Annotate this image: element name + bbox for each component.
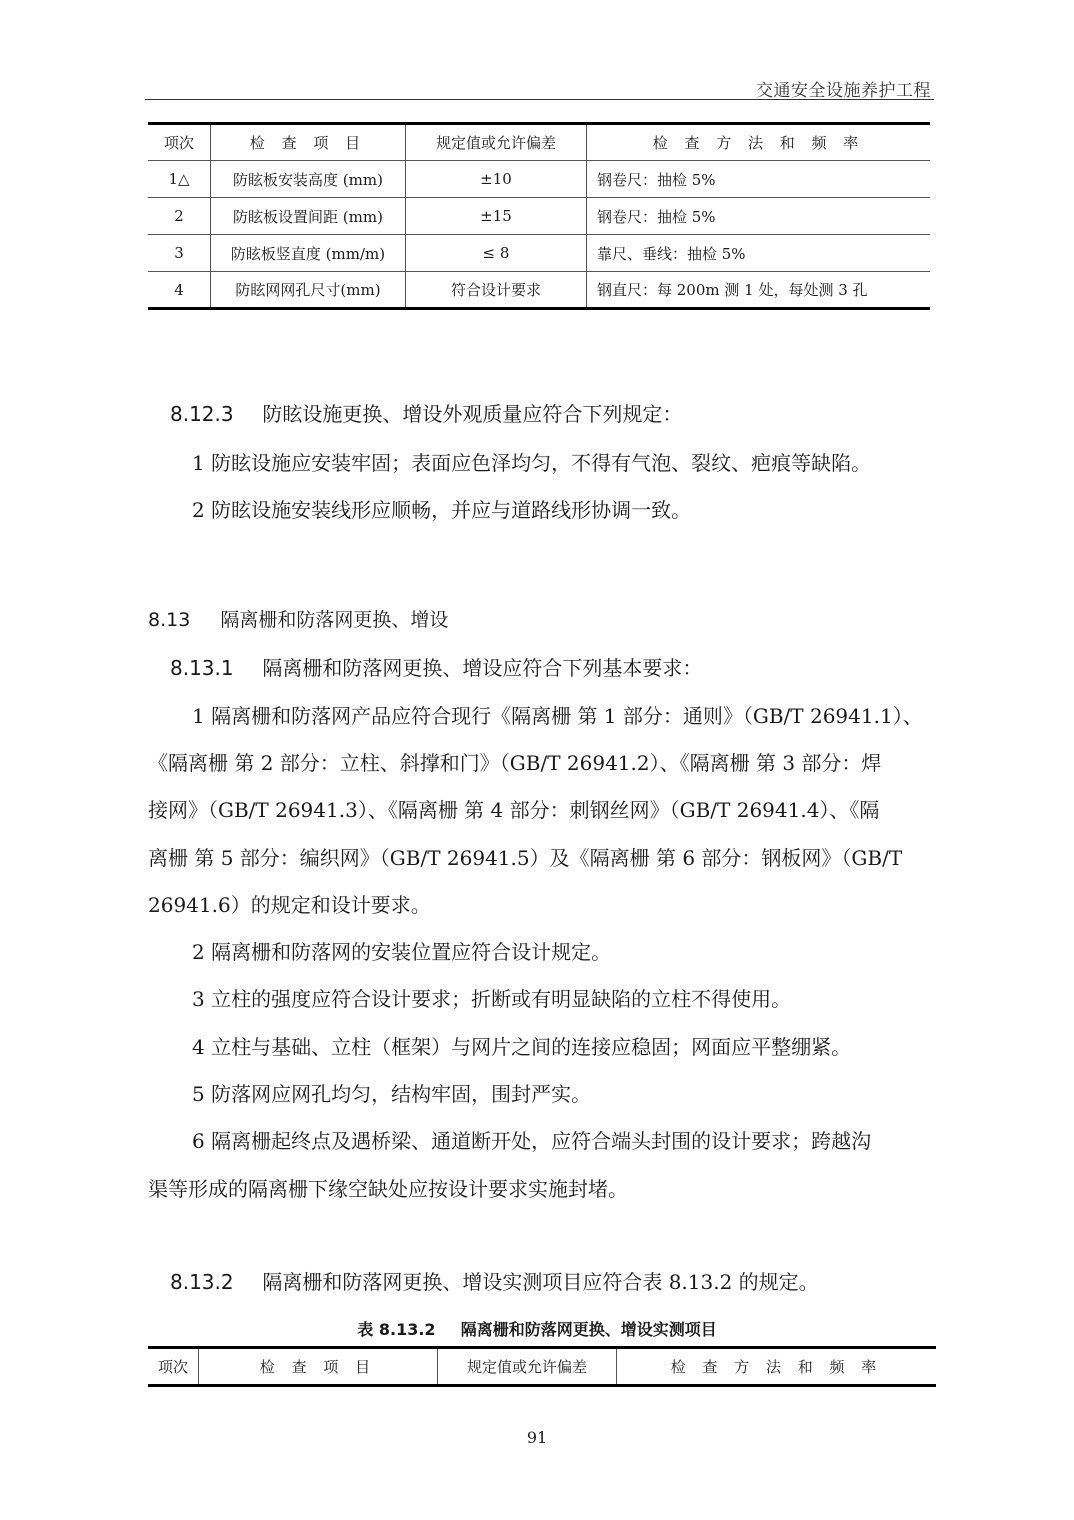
cell-tolerance: ≤ 8 <box>406 235 587 272</box>
cell-method: 钢卷尺：抽检 5% <box>587 198 931 235</box>
table-caption: 表 8.13.2 隔离栅和防落网更换、增设实测项目 <box>0 1317 1074 1340</box>
cell-item: 防眩板竖直度 (mm/m) <box>211 235 406 272</box>
clause-item: 3 立柱的强度应符合设计要求；折断或有明显缺陷的立柱不得使用。 <box>192 987 791 1011</box>
clause-item: 5 防落网应网孔均匀，结构牢固，围封严实。 <box>192 1082 591 1106</box>
clause-8-13-1: 8.13.1 隔离栅和防落网更换、增设应符合下列基本要求： <box>170 656 702 680</box>
inspection-table-8-13-2: 项次 检 查 项 目 规定值或允许偏差 检 查 方 法 和 频 率 <box>148 1346 936 1387</box>
clause-item-line: 6 隔离栅起终点及遇桥梁、通道断开处，应符合端头封围的设计要求；跨越沟 <box>192 1129 871 1153</box>
clause-item-line: 《隔离栅 第 2 部分：立柱、斜撑和门》（GB/T 26941.2）、《隔离栅 … <box>148 751 881 775</box>
cell-index: 4 <box>148 272 211 309</box>
clause-8-13-2: 8.13.2 隔离栅和防落网更换、增设实测项目应符合表 8.13.2 的规定。 <box>170 1270 819 1294</box>
clause-item-line: 26941.6）的规定和设计要求。 <box>148 893 431 917</box>
table-row: 4 防眩网网孔尺寸(mm) 符合设计要求 钢直尺：每 200m 测 1 处，每处… <box>148 272 930 309</box>
table-header-row: 项次 检 查 项 目 规定值或允许偏差 检 查 方 法 和 频 率 <box>148 124 930 161</box>
col-header-index: 项次 <box>148 124 211 161</box>
table-row: 2 防眩板设置间距 (mm) ±15 钢卷尺：抽检 5% <box>148 198 930 235</box>
table-row: 1△ 防眩板安装高度 (mm) ±10 钢卷尺：抽检 5% <box>148 161 930 198</box>
cell-method: 钢卷尺：抽检 5% <box>587 161 931 198</box>
col-header-tolerance: 规定值或允许偏差 <box>438 1348 617 1386</box>
cell-tolerance: ±15 <box>406 198 587 235</box>
section-number: 8.13 <box>148 609 190 631</box>
clause-item: 2 防眩设施安装线形应顺畅，并应与道路线形协调一致。 <box>192 498 691 522</box>
cell-tolerance: 符合设计要求 <box>406 272 587 309</box>
cell-index: 3 <box>148 235 211 272</box>
header-rule <box>145 99 934 100</box>
cell-index: 2 <box>148 198 211 235</box>
clause-number: 8.13.2 <box>170 1270 234 1294</box>
clause-item-line: 渠等形成的隔离栅下缘空缺处应按设计要求实施封堵。 <box>148 1177 628 1201</box>
table-row: 3 防眩板竖直度 (mm/m) ≤ 8 靠尺、垂线：抽检 5% <box>148 235 930 272</box>
cell-method: 靠尺、垂线：抽检 5% <box>587 235 931 272</box>
col-header-tolerance: 规定值或允许偏差 <box>406 124 587 161</box>
cell-item: 防眩网网孔尺寸(mm) <box>211 272 406 309</box>
clause-item-line: 接网》（GB/T 26941.3）、《隔离栅 第 4 部分：刺钢丝网》（GB/T… <box>148 798 879 822</box>
clause-title: 隔离栅和防落网更换、增设应符合下列基本要求： <box>262 656 702 680</box>
col-header-item: 检 查 项 目 <box>211 124 406 161</box>
inspection-table-8-12-2: 项次 检 查 项 目 规定值或允许偏差 检 查 方 法 和 频 率 1△ 防眩板… <box>148 122 930 310</box>
clause-number: 8.12.3 <box>170 402 234 426</box>
page-number: 91 <box>0 1428 1074 1447</box>
clause-item: 1 防眩设施应安装牢固；表面应色泽均匀，不得有气泡、裂纹、疤痕等缺陷。 <box>192 451 871 475</box>
clause-item-line: 离栅 第 5 部分：编织网》（GB/T 26941.5）及《隔离栅 第 6 部分… <box>148 846 902 870</box>
col-header-index: 项次 <box>148 1348 199 1386</box>
clause-item: 2 隔离栅和防落网的安装位置应符合设计规定。 <box>192 940 611 964</box>
table-caption-title: 隔离栅和防落网更换、增设实测项目 <box>461 1320 717 1339</box>
cell-item: 防眩板设置间距 (mm) <box>211 198 406 235</box>
section-8-13-heading: 8.13 隔离栅和防落网更换、增设 <box>148 608 448 632</box>
clause-item-line: 1 隔离栅和防落网产品应符合现行《隔离栅 第 1 部分：通则》（GB/T 269… <box>192 704 923 728</box>
clause-title: 隔离栅和防落网更换、增设实测项目应符合表 8.13.2 的规定。 <box>262 1270 818 1294</box>
clause-title: 防眩设施更换、增设外观质量应符合下列规定： <box>262 402 682 426</box>
col-header-item: 检 查 项 目 <box>199 1348 438 1386</box>
clause-8-12-3: 8.12.3 防眩设施更换、增设外观质量应符合下列规定： <box>170 402 682 426</box>
clause-item: 4 立柱与基础、立柱（框架）与网片之间的连接应稳固；网面应平整绷紧。 <box>192 1035 851 1059</box>
table-caption-number: 表 8.13.2 <box>357 1320 435 1339</box>
table-header-row: 项次 检 查 项 目 规定值或允许偏差 检 查 方 法 和 频 率 <box>148 1348 936 1386</box>
cell-index: 1△ <box>148 161 211 198</box>
cell-method: 钢直尺：每 200m 测 1 处，每处测 3 孔 <box>587 272 931 309</box>
section-title: 隔离栅和防落网更换、增设 <box>220 609 448 631</box>
cell-item: 防眩板安装高度 (mm) <box>211 161 406 198</box>
running-header-title: 交通安全设施养护工程 <box>756 76 931 101</box>
cell-tolerance: ±10 <box>406 161 587 198</box>
col-header-method: 检 查 方 法 和 频 率 <box>587 124 931 161</box>
col-header-method: 检 查 方 法 和 频 率 <box>617 1348 937 1386</box>
clause-number: 8.13.1 <box>170 656 234 680</box>
